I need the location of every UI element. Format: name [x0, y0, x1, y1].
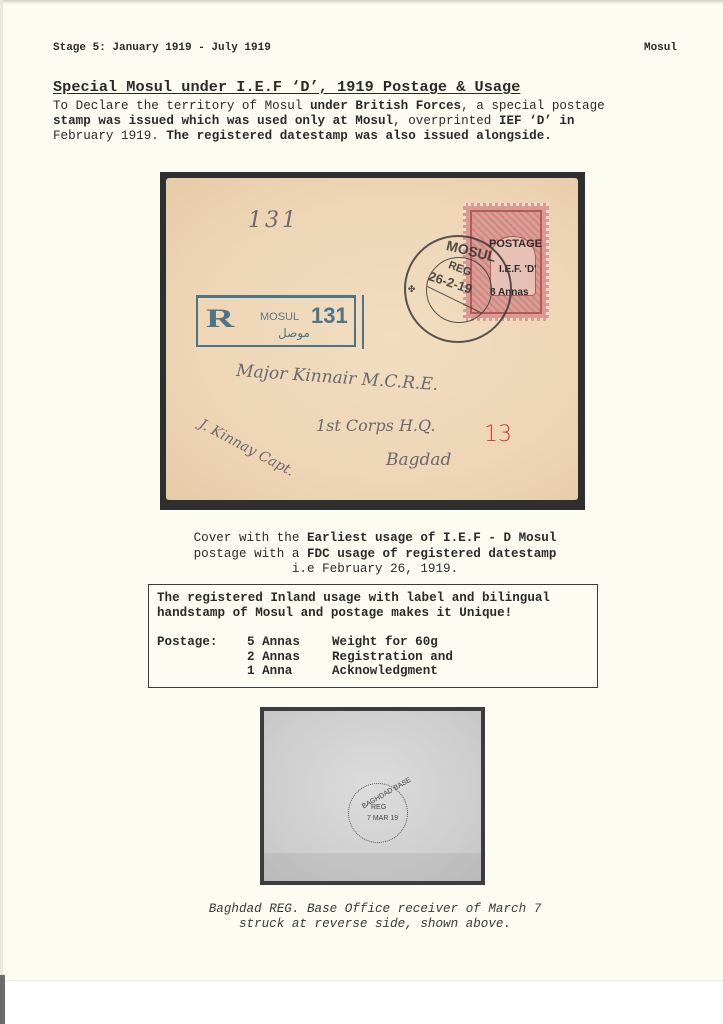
cover-photo-reverse: BAGHDAD BASE REG 7 MAR 19 — [260, 707, 485, 885]
postage-row: 2 Annas Registration and — [157, 650, 589, 665]
intro-paragraph: To Declare the territory of Mosul under … — [53, 99, 693, 144]
sender-signature: J. Kinnay Capt. — [196, 416, 296, 480]
note-box: The registered Inland usage with label a… — [148, 584, 598, 688]
registration-letter: R — [206, 304, 234, 334]
postage-label: Postage: — [157, 635, 247, 650]
baghdad-receiver-postmark: BAGHDAD BASE REG 7 MAR 19 — [348, 783, 408, 843]
scan-edge-top — [0, 0, 723, 4]
stage-header: Stage 5: January 1919 - July 1919 — [53, 42, 271, 54]
postage-amount: 1 Anna — [247, 664, 332, 679]
postmark-star-icon: ✤ — [408, 281, 415, 296]
postage-purpose: Weight for 60g — [332, 635, 438, 650]
postage-row: 1 Anna Acknowledgment — [157, 664, 589, 679]
postage-amount: 5 Annas — [247, 635, 332, 650]
address-line-3: Bagdad — [386, 450, 451, 470]
mosul-reg-postmark: MOSUL REG 26-2-19 ✤ — [404, 235, 512, 343]
reverse-shadow-band — [264, 853, 481, 881]
registration-place: MOSUL — [260, 311, 299, 323]
manuscript-number: 131 — [248, 208, 299, 233]
postage-purpose: Acknowledgment — [332, 664, 438, 679]
registration-label: R MOSUL 131 موصل — [196, 295, 356, 347]
reverse-caption: Baghdad REG. Base Office receiver of Mar… — [150, 902, 600, 932]
postage-breakdown: Postage: 5 Annas Weight for 60g 2 Annas … — [157, 635, 589, 679]
scan-bottom-strip — [0, 980, 723, 1024]
postage-row: Postage: 5 Annas Weight for 60g — [157, 635, 589, 650]
reverse-caption-text: Baghdad REG. Base Office receiver of Mar… — [209, 902, 542, 931]
receiver-postmark-date: 7 MAR 19 — [367, 815, 398, 822]
address-line-2: 1st Corps H.Q. — [316, 416, 435, 435]
registration-arabic: موصل — [278, 326, 310, 340]
receiver-postmark-type: REG — [371, 804, 386, 811]
cover-caption: Cover with the Earliest usage of I.E.F -… — [140, 531, 610, 578]
note-heading: The registered Inland usage with label a… — [157, 591, 589, 621]
scan-edge-left — [0, 0, 3, 1024]
envelope-back: BAGHDAD BASE REG 7 MAR 19 — [264, 711, 481, 881]
receiver-postmark-text: BAGHDAD BASE — [361, 777, 412, 811]
cover-photo-front: 131 R MOSUL 131 موصل POSTAGE I.E.F. 'D' … — [160, 172, 585, 510]
postage-purpose: Registration and — [332, 650, 453, 665]
scan-edge-left-bottom — [0, 975, 5, 1024]
registration-number: 131 — [311, 303, 348, 329]
red-annotation: 13 — [484, 422, 512, 447]
page-title: Special Mosul under I.E.F ‘D’, 1919 Post… — [53, 78, 520, 96]
envelope: 131 R MOSUL 131 موصل POSTAGE I.E.F. 'D' … — [166, 178, 578, 500]
section-header: Mosul — [644, 42, 677, 54]
postage-amount: 2 Annas — [247, 650, 332, 665]
address-line-1: Major Kinnair M.C.R.E. — [236, 361, 439, 395]
